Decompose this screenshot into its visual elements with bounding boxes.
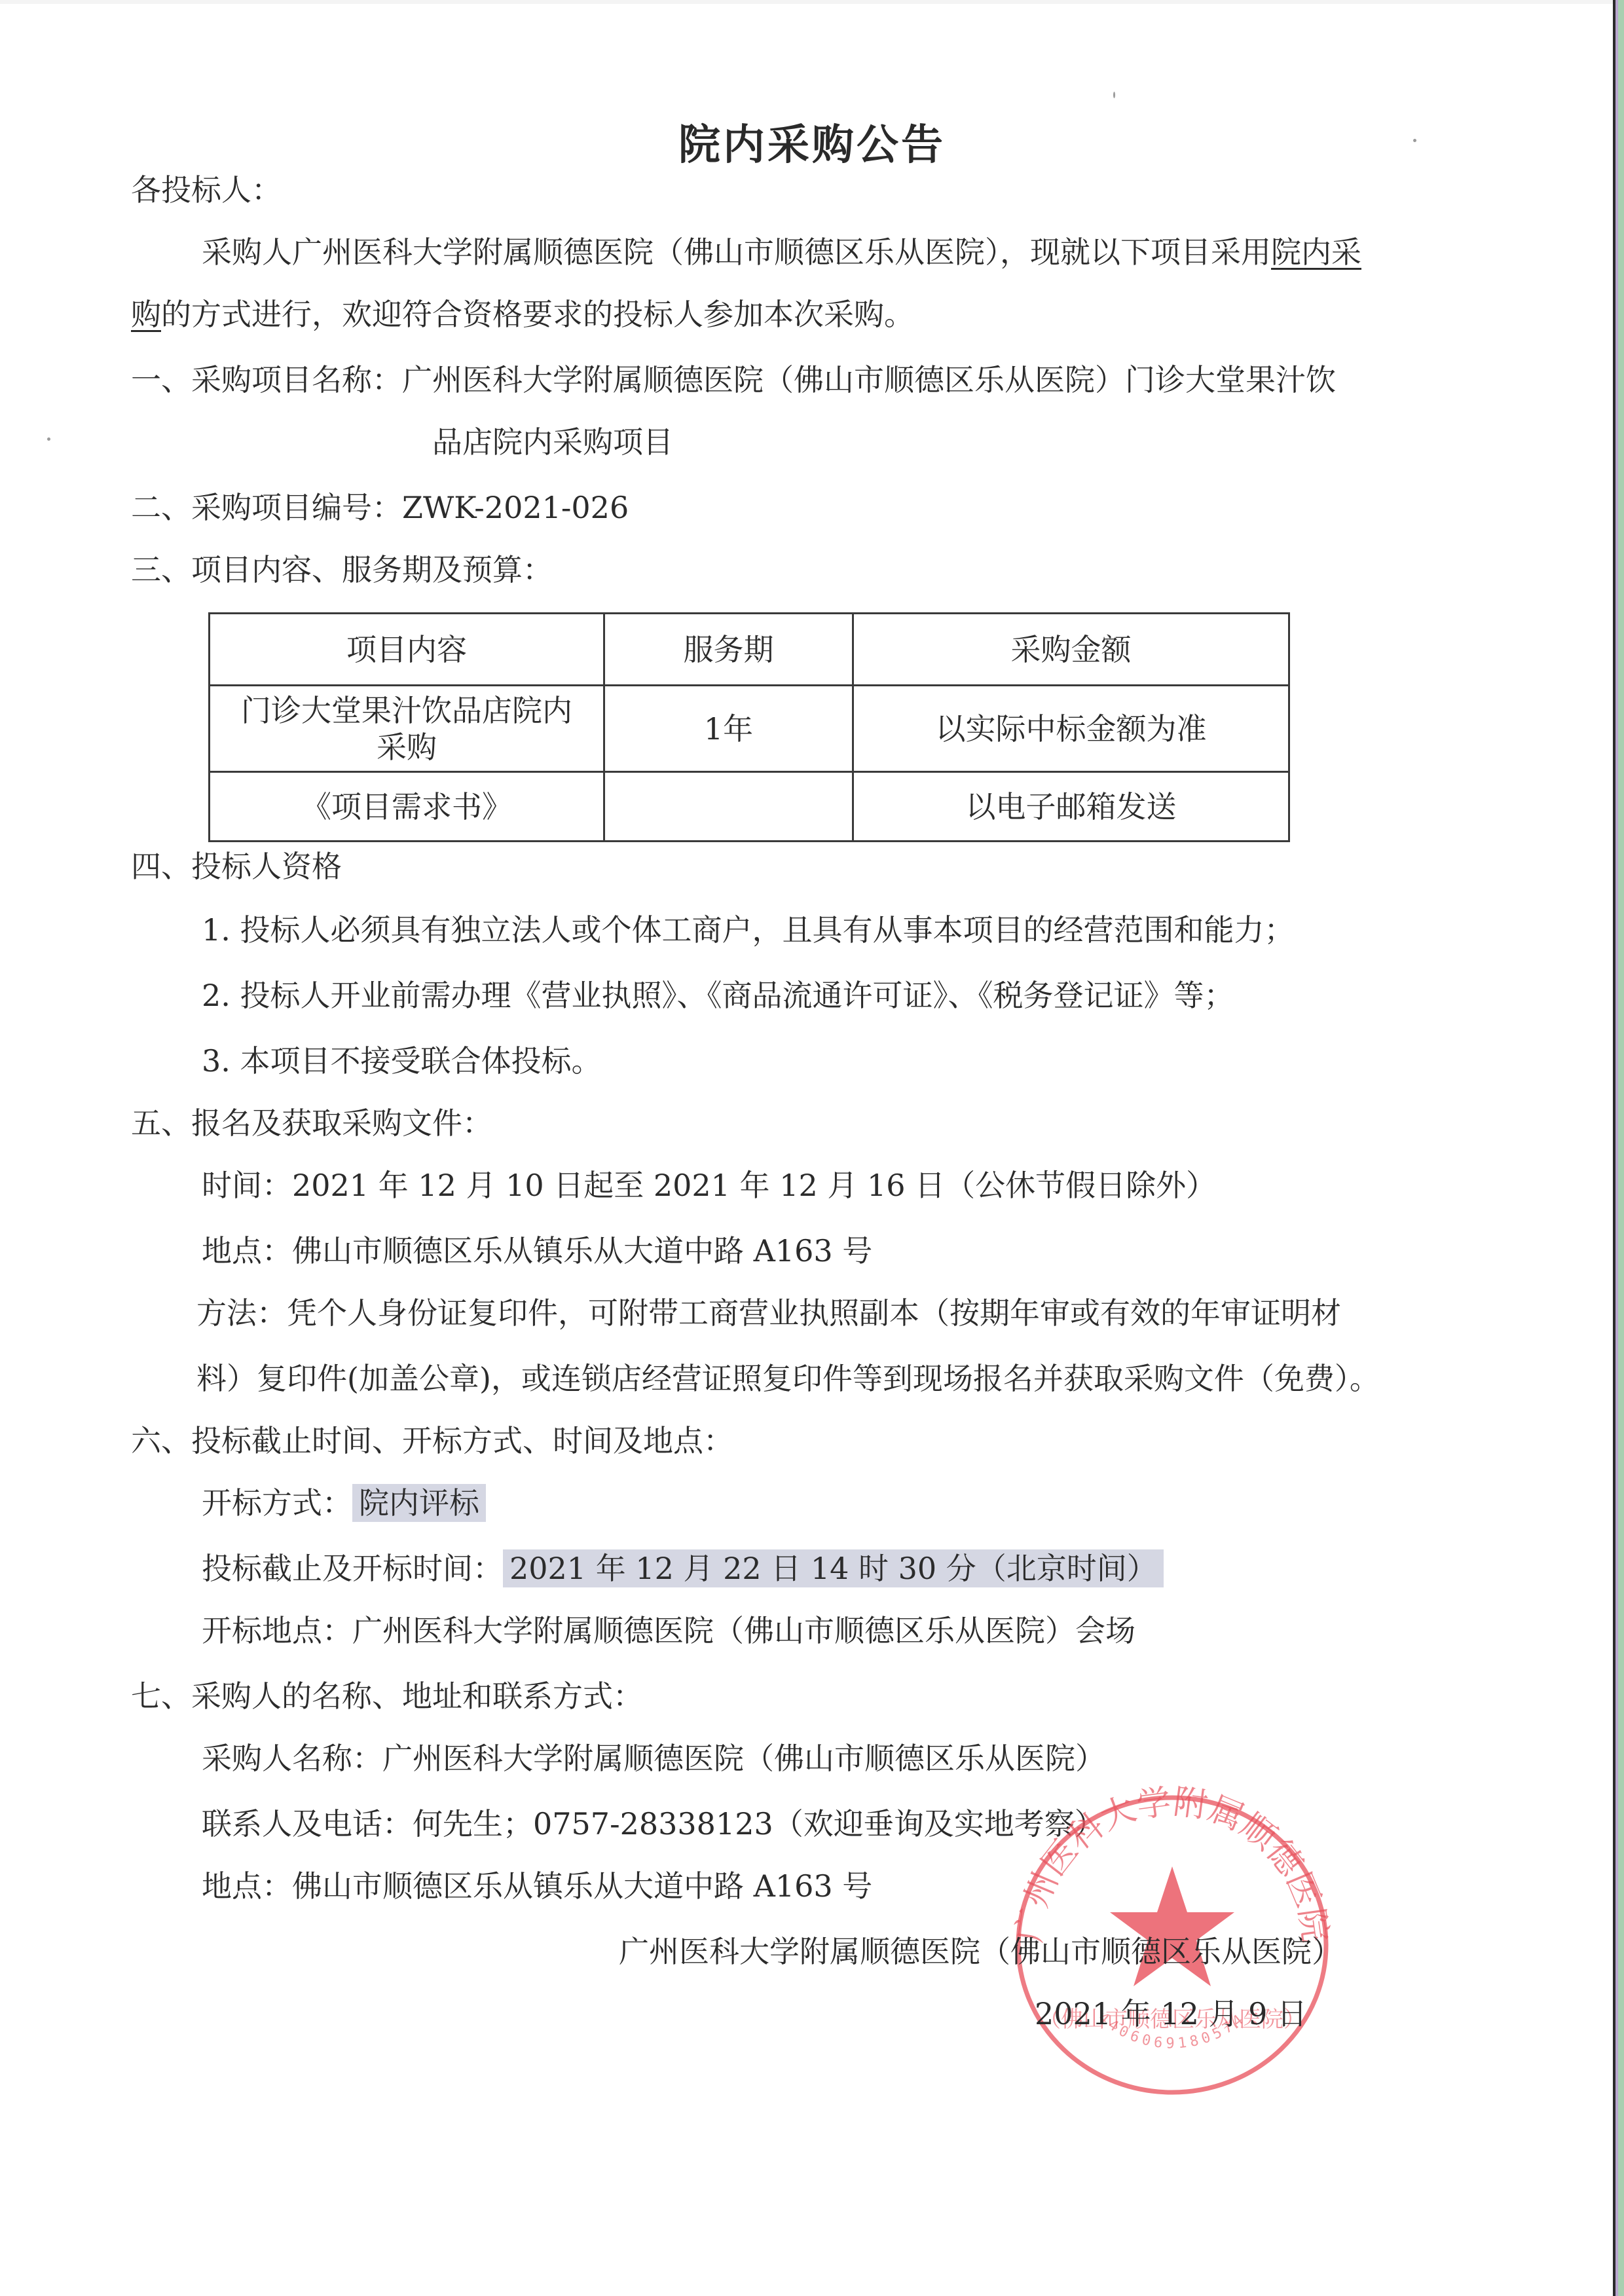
intro-text: 采购人广州医科大学附属顺德医院（佛山市顺德区乐从医院），现就以下项目采用 — [202, 234, 1271, 270]
table-cell: 门诊大堂果汁饮品店院内采购 — [210, 686, 604, 772]
bid-deadline-value: 2021 年 12 月 22 日 14 时 30 分（北京时间） — [503, 1549, 1164, 1587]
opening-method-value: 院内评标 — [352, 1484, 486, 1522]
purchaser-address: 地点：佛山市顺德区乐从镇乐从大道中路 A163 号 — [202, 1866, 872, 1906]
registration-method-line-2: 料）复印件(加盖公章)，或连锁店经营证照复印件等到现场报名并获取采购文件（免费）… — [196, 1359, 1380, 1398]
section-4-heading: 四、投标人资格 — [131, 847, 342, 886]
section-1-continuation: 品店院内采购项目 — [432, 422, 673, 462]
procurement-method-underlined: 购 — [131, 297, 161, 332]
purchaser-name: 采购人名称：广州医科大学附属顺德医院（佛山市顺德区乐从医院） — [202, 1739, 1105, 1778]
opening-place: 开标地点：广州医科大学附属顺德医院（佛山市顺德区乐从医院）会场 — [202, 1611, 1135, 1650]
table-cell: 以实际中标金额为准 — [853, 686, 1289, 772]
opening-method: 开标方式：院内评标 — [202, 1483, 486, 1523]
scan-top-edge — [0, 0, 1613, 4]
registration-method-line-1: 方法：凭个人身份证复印件，可附带工商营业执照副本（按期年审或有效的年审证明材 — [196, 1293, 1341, 1333]
table-header: 采购金额 — [853, 614, 1289, 686]
scan-speck — [47, 437, 50, 441]
intro-line-1: 采购人广州医科大学附属顺德医院（佛山市顺德区乐从医院），现就以下项目采用院内采 — [202, 232, 1361, 272]
section-6-heading: 六、投标截止时间、开标方式、时间及地点： — [131, 1421, 733, 1460]
table-header-row: 项目内容 服务期 采购金额 — [210, 614, 1289, 686]
table-header: 服务期 — [604, 614, 853, 686]
section-7-heading: 七、采购人的名称、地址和联系方式： — [131, 1676, 643, 1716]
opening-method-label: 开标方式： — [202, 1485, 352, 1521]
table-row: 《项目需求书》 以电子邮箱发送 — [210, 772, 1289, 842]
signature-date: 2021 年 12 月 9 日 — [1035, 1994, 1307, 2033]
section-2-heading: 二、采购项目编号：ZWK-2021-026 — [131, 488, 629, 527]
table-cell: 1年 — [604, 686, 853, 772]
registration-time: 时间：2021 年 12 月 10 日起至 2021 年 12 月 16 日（公… — [202, 1166, 1216, 1205]
document-title: 院内采购公告 — [0, 111, 1624, 172]
section-1-heading: 一、采购项目名称：广州医科大学附属顺德医院（佛山市顺德区乐从医院）门诊大堂果汁饮 — [131, 360, 1336, 399]
intro-text: 的方式进行，欢迎符合资格要求的投标人参加本次采购。 — [161, 297, 914, 332]
section-3-heading: 三、项目内容、服务期及预算： — [131, 550, 553, 589]
bid-deadline: 投标截止及开标时间：2021 年 12 月 22 日 14 时 30 分（北京时… — [202, 1549, 1164, 1588]
table-cell: 《项目需求书》 — [210, 772, 604, 842]
table-cell: 以电子邮箱发送 — [853, 772, 1289, 842]
intro-line-2: 购的方式进行，欢迎符合资格要求的投标人参加本次采购。 — [131, 295, 914, 334]
signature-organization: 广州医科大学附属顺德医院（佛山市顺德区乐从医院） — [619, 1932, 1342, 1971]
section-5-heading: 五、报名及获取采购文件： — [131, 1103, 492, 1143]
qualification-item: 3. 本项目不接受联合体投标。 — [202, 1041, 602, 1081]
table-row: 门诊大堂果汁饮品店院内采购 1年 以实际中标金额为准 — [210, 686, 1289, 772]
scan-right-edge — [1613, 0, 1624, 2296]
registration-place: 地点：佛山市顺德区乐从镇乐从大道中路 A163 号 — [202, 1231, 872, 1270]
table-header: 项目内容 — [210, 614, 604, 686]
scan-speck — [1113, 92, 1115, 98]
table-cell — [604, 772, 853, 842]
qualification-item: 2. 投标人开业前需办理《营业执照》、《商品流通许可证》、《税务登记证》等； — [202, 976, 1234, 1015]
qualification-item: 1. 投标人必须具有独立法人或个体工商户，且具有从事本项目的经营范围和能力； — [202, 910, 1295, 950]
project-table: 项目内容 服务期 采购金额 门诊大堂果汁饮品店院内采购 1年 以实际中标金额为准… — [208, 612, 1290, 842]
salutation: 各投标人： — [131, 170, 282, 210]
bid-deadline-label: 投标截止及开标时间： — [202, 1551, 503, 1586]
procurement-method-underlined: 院内采 — [1271, 234, 1361, 270]
